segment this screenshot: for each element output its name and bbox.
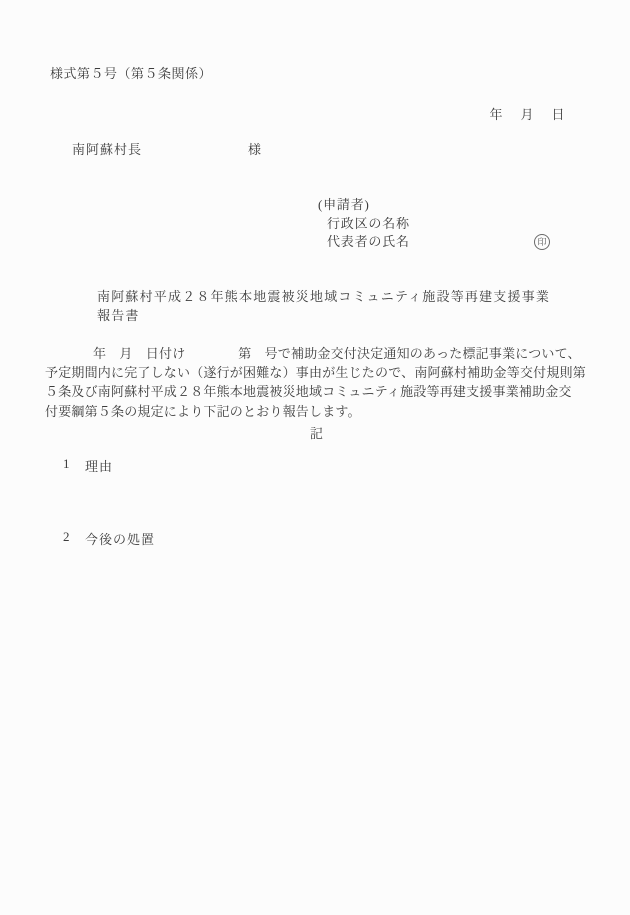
addressee-honorific: 様 (248, 139, 262, 158)
applicant-heading: (申請者) (318, 196, 550, 215)
body-line-2: 予定期間内に完了しない（遂行が困難な）事由が生じたので、南阿蘇村補助金等交付規則… (45, 363, 589, 382)
applicant-block: (申請者) 行政区の名称 代表者の氏名 印 (318, 196, 550, 252)
date-line: 年 月 日 (489, 104, 567, 123)
document-title: 南阿蘇村平成２８年熊本地震被災地域コミュニティ施設等再建支援事業 報告書 (97, 288, 550, 326)
form-number: 様式第５号（第５条関係） (50, 63, 212, 82)
item-future-measures: 2 今後の処置 (63, 529, 155, 548)
district-name-label: 行政区の名称 (318, 215, 550, 234)
addressee-line: 南阿蘇村長 様 (72, 139, 262, 158)
record-marker: 記 (45, 423, 589, 442)
representative-row: 代表者の氏名 印 (318, 233, 550, 252)
seal-mark-icon: 印 (534, 234, 550, 250)
item-reason: 1 理由 (63, 456, 113, 475)
item-reason-number: 1 (63, 456, 85, 475)
item-future-measures-label: 今後の処置 (85, 529, 155, 548)
document-title-line1: 南阿蘇村平成２８年熊本地震被災地域コミュニティ施設等再建支援事業 (97, 288, 550, 307)
representative-name-label: 代表者の氏名 (327, 233, 410, 252)
body-paragraph: 年 月 日付け 第 号で補助金交付決定通知のあった標記事業について、 予定期間内… (45, 344, 589, 421)
body-line-4: 付要綱第５条の規定により下記のとおり報告します。 (45, 402, 589, 421)
addressee-name: 南阿蘇村長 (72, 139, 248, 158)
document-page: 様式第５号（第５条関係） 年 月 日 南阿蘇村長 様 (申請者) 行政区の名称 … (0, 0, 630, 915)
body-line-3: ５条及び南阿蘇村平成２８年熊本地震被災地域コミュニティ施設等再建支援事業補助金交 (45, 382, 589, 401)
body-line-1: 年 月 日付け 第 号で補助金交付決定通知のあった標記事業について、 (45, 344, 589, 363)
document-title-line2: 報告書 (97, 307, 550, 326)
item-future-measures-number: 2 (63, 529, 85, 548)
item-reason-label: 理由 (85, 456, 113, 475)
